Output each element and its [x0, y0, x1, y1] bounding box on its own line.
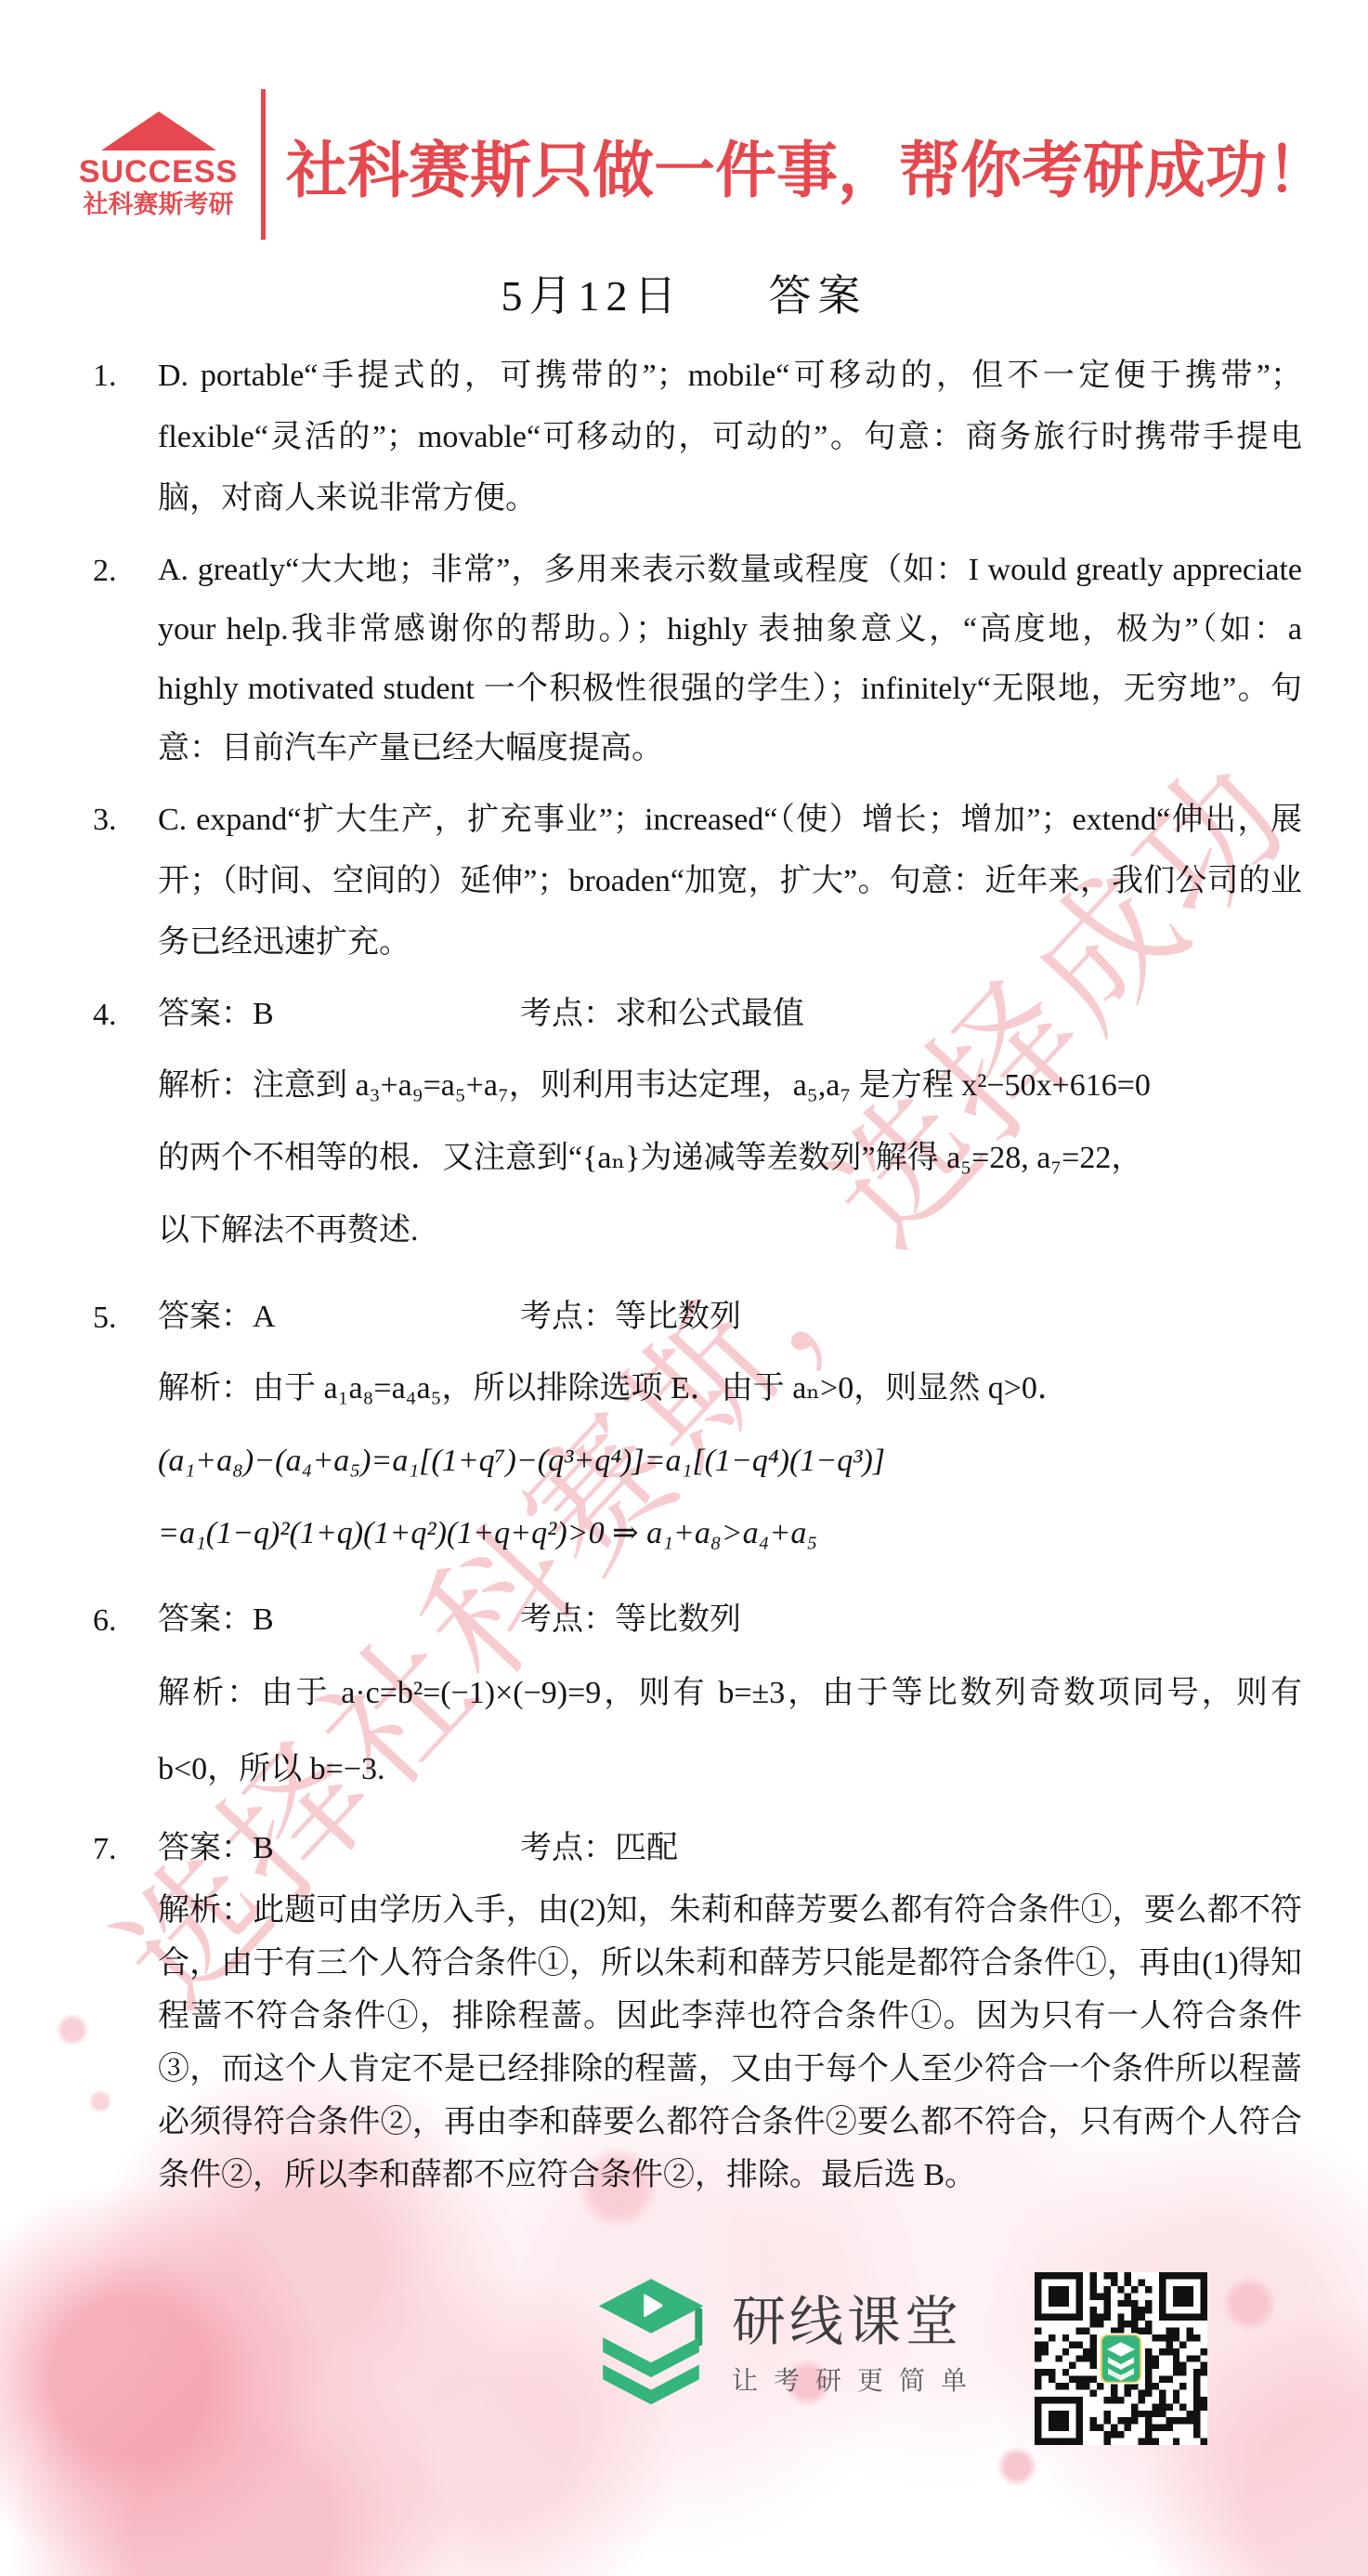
- answer-label: 答案：: [158, 997, 253, 1031]
- point-label: 考点：: [520, 997, 615, 1031]
- answer-item-5: 5. 答案：A 考点：等比数列 解析：由于 a₁a₈=a₄a₅，所以排除选项 E…: [93, 1288, 1302, 1579]
- brand-subtitle: 社科赛斯考研: [72, 190, 244, 219]
- point-label: 考点：: [520, 1602, 615, 1637]
- item-number: 1.: [93, 346, 158, 530]
- qr-center-icon: [1100, 2333, 1142, 2384]
- formula-line: =a₁(1−q)²(1+q)(1+q²)(1+q+q²)>0 ⇒ a₁+a₈>a…: [158, 1507, 1302, 1561]
- answer-row: 答案：B 考点：求和公式最值: [158, 988, 1302, 1040]
- page-title: 5月12日答案: [0, 262, 1368, 323]
- answer-label: 答案：: [158, 1300, 253, 1334]
- header-divider: [261, 89, 266, 240]
- explanation-line: 以下解法不再赘述.: [158, 1204, 1302, 1258]
- answer-item-6: 6. 答案：B 考点：等比数列 解析：由于 a·c=b²=(−1)×(−9)=9…: [93, 1590, 1302, 1808]
- point-label: 考点：: [520, 1300, 615, 1334]
- item-number: 5.: [93, 1288, 158, 1579]
- answer-label: 答案：: [158, 1831, 253, 1865]
- title-date: 5月12日: [502, 272, 684, 320]
- graduation-cap-icon: [596, 2278, 706, 2410]
- answer-item-7: 7. 答案：B 考点：匹配 解析：此题可由学历入手，由(2)知，朱莉和薛芳要么都…: [93, 1819, 1302, 2202]
- explanation-line: 解析：注意到 a₃+a₉=a₅+a₇，则利用韦达定理，a₅,a₇ 是方程 x²−…: [158, 1059, 1302, 1113]
- item-number: 7.: [93, 1819, 158, 2202]
- answer-label: 答案：: [158, 1602, 253, 1637]
- answer-row: 答案：B 考点：等比数列: [158, 1594, 1302, 1646]
- header: SUCCESS 社科赛斯考研 社科赛斯只做一件事，帮你考研成功！: [72, 89, 1328, 240]
- item-number: 2.: [93, 541, 158, 778]
- success-logo: SUCCESS 社科赛斯考研: [72, 110, 244, 219]
- explanation-line: 解析：由于 a₁a₈=a₄a₅，所以排除选项 E．由于 aₙ>0，则显然 q>0…: [158, 1362, 1302, 1416]
- answer-item-4: 4. 答案：B 考点：求和公式最值 解析：注意到 a₃+a₉=a₅+a₇，则利用…: [93, 985, 1302, 1276]
- item-text: A. greatly“大大地；非常”，多用来表示数量或程度（如：I would …: [158, 541, 1302, 778]
- answer-item-1: 1. D. portable“手提式的，可携带的”；mobile“可移动的，但不…: [93, 346, 1302, 530]
- answer-item-2: 2. A. greatly“大大地；非常”，多用来表示数量或程度（如：I wou…: [93, 541, 1302, 778]
- footer-brand-name: 研线课堂: [732, 2293, 983, 2352]
- point-value: 等比数列: [615, 1300, 741, 1334]
- formula-line: (a₁+a₈)−(a₄+a₅)=a₁[(1+q⁷)−(q³+q⁴)]=a₁[(1…: [158, 1434, 1302, 1488]
- answer-value: B: [253, 1602, 274, 1637]
- roof-icon: [99, 110, 218, 152]
- answer-list: 1. D. portable“手提式的，可携带的”；mobile“可移动的，但不…: [93, 346, 1302, 2213]
- item-number: 3.: [93, 790, 158, 974]
- answer-value: A: [253, 1300, 276, 1334]
- item-text: C. expand“扩大生产，扩充事业”；increased“（使）增长；增加”…: [158, 790, 1302, 974]
- point-value: 匹配: [615, 1831, 678, 1865]
- footer-tagline: 让考研更简单: [732, 2367, 983, 2395]
- point-label: 考点：: [520, 1831, 615, 1865]
- item-number: 4.: [93, 985, 158, 1276]
- answer-item-3: 3. C. expand“扩大生产，扩充事业”；increased“（使）增长；…: [93, 790, 1302, 974]
- point-value: 求和公式最值: [615, 997, 804, 1031]
- qr-code: [1035, 2272, 1207, 2445]
- page: 选择社科赛斯，选择成功 SUCCESS 社科赛斯考研 社科赛斯只做一件事，帮你考…: [0, 0, 1368, 2576]
- point-value: 等比数列: [615, 1602, 741, 1637]
- header-slogan: 社科赛斯只做一件事，帮你考研成功！: [286, 121, 1328, 209]
- explanation-line: 的两个不相等的根．又注意到“{aₙ}为递减等差数列”解得 a₅=28, a₇=2…: [158, 1131, 1302, 1185]
- item-number: 6.: [93, 1590, 158, 1808]
- answer-row: 答案：A 考点：等比数列: [158, 1291, 1302, 1343]
- title-label: 答案: [769, 272, 867, 320]
- answer-value: B: [253, 997, 274, 1031]
- brand-name: SUCCESS: [72, 154, 244, 190]
- item-text: D. portable“手提式的，可携带的”；mobile“可移动的，但不一定便…: [158, 346, 1302, 530]
- explanation-text: 解析：由于 a·c=b²=(−1)×(−9)=9，则有 b=±3，由于等比数列奇…: [158, 1655, 1302, 1808]
- answer-value: B: [253, 1831, 274, 1865]
- footer-brand: 研线课堂 让考研更简单: [596, 2278, 983, 2410]
- answer-row: 答案：B 考点：匹配: [158, 1823, 1302, 1875]
- explanation-text: 解析：此题可由学历入手，由(2)知，朱莉和薛芳要么都有符合条件①，要么都不符合，…: [158, 1884, 1302, 2202]
